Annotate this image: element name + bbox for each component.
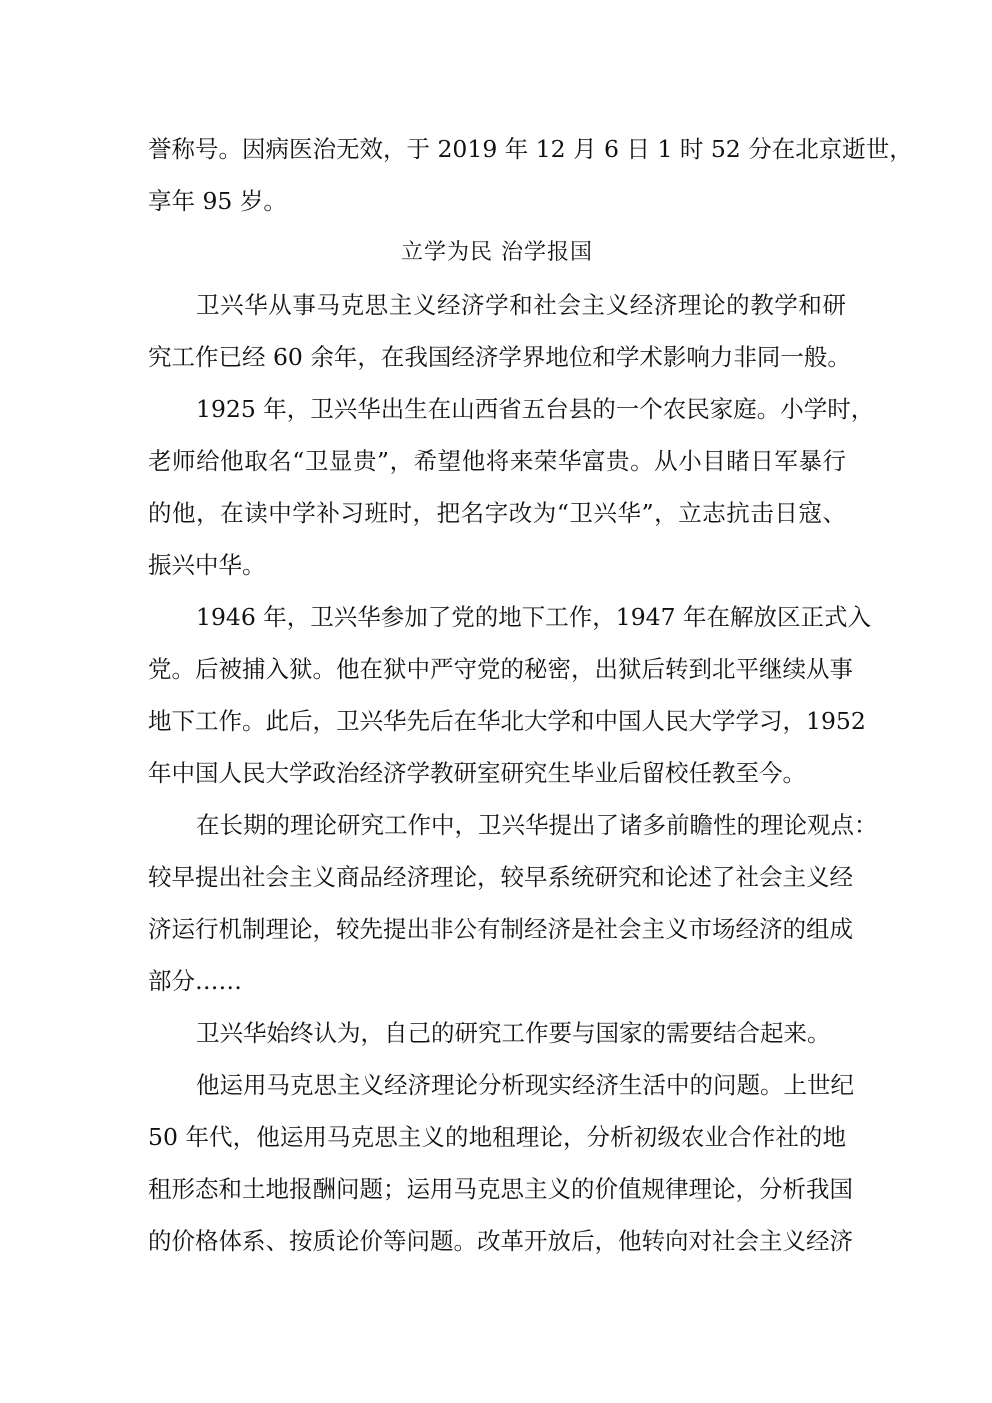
- text-line: 50 年代，他运用马克思主义的地租理论，分析初级农业合作社的地: [148, 1111, 846, 1163]
- text-line: 较早提出社会主义商品经济理论，较早系统研究和论述了社会主义经: [148, 851, 846, 903]
- text-line: 部分……: [148, 955, 846, 1007]
- text-line: 1946 年，卫兴华参加了党的地下工作，1947 年在解放区正式入: [148, 591, 846, 643]
- text-line: 卫兴华从事马克思主义经济学和社会主义经济理论的教学和研: [148, 279, 846, 331]
- paragraph-5: 卫兴华始终认为，自己的研究工作要与国家的需要结合起来。: [148, 1007, 846, 1059]
- text-line: 究工作已经 60 余年，在我国经济学界地位和学术影响力非同一般。: [148, 331, 846, 383]
- paragraph-2: 1925 年，卫兴华出生在山西省五台县的一个农民家庭。小学时， 老师给他取名“卫…: [148, 383, 846, 591]
- text-line: 地下工作。此后，卫兴华先后在华北大学和中国人民大学学习，1952: [148, 695, 846, 747]
- text-line: 誉称号。因病医治无效，于 2019 年 12 月 6 日 1 时 52 分在北京…: [148, 123, 846, 175]
- text-line: 年中国人民大学政治经济学教研室研究生毕业后留校任教至今。: [148, 747, 846, 799]
- text-line: 老师给他取名“卫显贵”，希望他将来荣华富贵。从小目睹日军暴行: [148, 435, 846, 487]
- text-line: 享年 95 岁。: [148, 175, 846, 227]
- text-line: 卫兴华始终认为，自己的研究工作要与国家的需要结合起来。: [148, 1007, 846, 1059]
- section-heading: 立学为民 治学报国: [148, 227, 846, 279]
- text-line: 租形态和土地报酬问题；运用马克思主义的价值规律理论，分析我国: [148, 1163, 846, 1215]
- paragraph-4: 在长期的理论研究工作中，卫兴华提出了诸多前瞻性的理论观点： 较早提出社会主义商品…: [148, 799, 846, 1007]
- paragraph-6: 他运用马克思主义经济理论分析现实经济生活中的问题。上世纪 50 年代，他运用马克…: [148, 1059, 846, 1267]
- paragraph-1: 卫兴华从事马克思主义经济学和社会主义经济理论的教学和研 究工作已经 60 余年，…: [148, 279, 846, 383]
- intro-paragraph-tail: 誉称号。因病医治无效，于 2019 年 12 月 6 日 1 时 52 分在北京…: [148, 123, 846, 227]
- document-page: 誉称号。因病医治无效，于 2019 年 12 月 6 日 1 时 52 分在北京…: [148, 123, 846, 1267]
- text-line: 的他，在读中学补习班时，把名字改为“卫兴华”，立志抗击日寇、: [148, 487, 846, 539]
- text-line: 振兴中华。: [148, 539, 846, 591]
- text-line: 党。后被捕入狱。他在狱中严守党的秘密，出狱后转到北平继续从事: [148, 643, 846, 695]
- text-line: 济运行机制理论，较先提出非公有制经济是社会主义市场经济的组成: [148, 903, 846, 955]
- text-line: 他运用马克思主义经济理论分析现实经济生活中的问题。上世纪: [148, 1059, 846, 1111]
- text-line: 在长期的理论研究工作中，卫兴华提出了诸多前瞻性的理论观点：: [148, 799, 846, 851]
- paragraph-3: 1946 年，卫兴华参加了党的地下工作，1947 年在解放区正式入 党。后被捕入…: [148, 591, 846, 799]
- text-line: 的价格体系、按质论价等问题。改革开放后，他转向对社会主义经济: [148, 1215, 846, 1267]
- text-line: 1925 年，卫兴华出生在山西省五台县的一个农民家庭。小学时，: [148, 383, 846, 435]
